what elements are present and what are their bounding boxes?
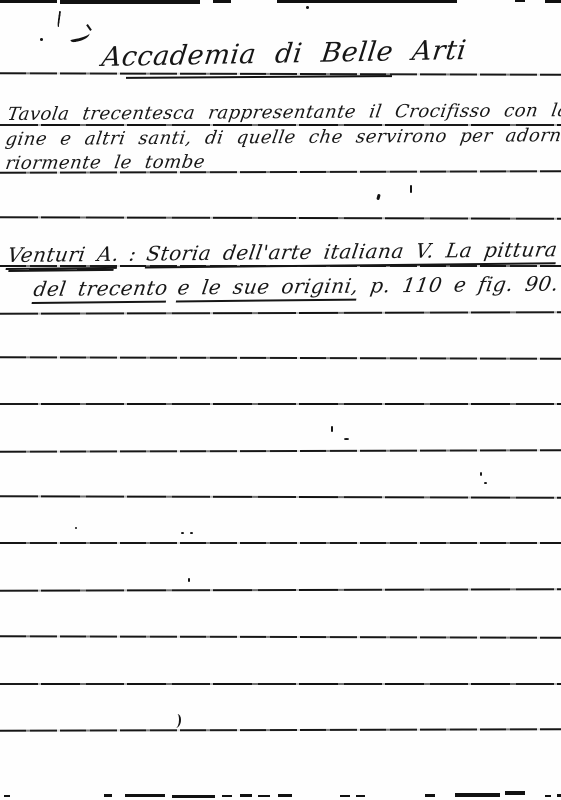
scanned-index-card: Accademia di Belle Arti Tavola trecentes… xyxy=(0,0,561,800)
scan-edge-top xyxy=(60,0,200,4)
title-underline xyxy=(126,75,392,79)
ink-speck xyxy=(40,38,43,41)
scan-edge-bottom xyxy=(240,794,252,797)
ruled-line xyxy=(0,495,561,498)
citation-line: del trecentoe le sue origini, p. 110 e f… xyxy=(32,272,560,301)
ruled-line xyxy=(0,216,561,219)
ruled-line xyxy=(0,542,561,544)
scan-edge-bottom xyxy=(222,795,232,797)
pen-mark xyxy=(57,11,61,27)
ink-speck xyxy=(306,6,309,9)
ink-speck xyxy=(181,532,184,534)
pen-mark xyxy=(172,714,181,728)
scan-edge-bottom xyxy=(340,795,350,797)
scan-edge-top xyxy=(213,0,231,3)
entry-text-line: Tavola trecentesca rappresentante il Cro… xyxy=(6,100,561,125)
citation-title-part3: e le sue origini, xyxy=(176,274,361,303)
scan-edge-bottom xyxy=(278,794,292,797)
ink-speck xyxy=(188,578,190,582)
scan-edge-bottom xyxy=(125,794,165,797)
scan-edge-top xyxy=(277,0,457,3)
scan-edge-bottom xyxy=(356,795,365,797)
ink-speck xyxy=(344,438,349,440)
ruled-line xyxy=(0,683,561,685)
scan-edge-top xyxy=(545,0,561,3)
ruled-line xyxy=(0,311,561,314)
entry-text-line: riormente le tombe xyxy=(4,152,207,174)
scan-edge-bottom xyxy=(557,794,561,797)
ink-speck xyxy=(75,527,77,529)
citation-title-part2: del trecento xyxy=(32,276,170,304)
citation-separator: : xyxy=(128,242,139,266)
citation-title-part1: Storia dell'arte italiana V. La pittura xyxy=(144,237,559,268)
entry-text-line: gine e altri santi, di quelle che servir… xyxy=(4,124,561,150)
citation-author: Venturi A. xyxy=(6,242,122,270)
scan-edge-bottom xyxy=(425,794,435,797)
pen-mark xyxy=(69,31,90,43)
ink-speck xyxy=(190,532,193,534)
citation-line: Venturi A.:Storia dell'arte italiana V. … xyxy=(6,237,559,267)
scan-edge-bottom xyxy=(104,794,112,797)
pen-mark xyxy=(86,24,92,31)
scan-edge-top xyxy=(0,0,57,3)
ruled-line xyxy=(0,356,561,359)
ruled-line xyxy=(0,588,561,591)
scan-edge-bottom xyxy=(4,795,10,797)
scan-edge-bottom xyxy=(258,795,270,797)
ink-speck xyxy=(480,472,482,476)
card-title: Accademia di Belle Arti xyxy=(100,36,435,73)
ink-speck xyxy=(331,426,333,432)
ruled-line xyxy=(0,635,561,638)
scan-edge-bottom xyxy=(455,793,500,797)
scan-edge-bottom xyxy=(172,795,215,798)
scan-edge-bottom xyxy=(505,791,525,795)
scan-edge-bottom xyxy=(545,795,551,797)
ruled-line xyxy=(0,449,561,452)
citation-pages: p. 110 e fig. 90. xyxy=(369,272,561,298)
ruled-line xyxy=(0,728,561,731)
ruled-line xyxy=(0,403,561,405)
scan-edge-top xyxy=(515,0,525,2)
ink-speck xyxy=(376,194,380,201)
ink-speck xyxy=(410,185,412,193)
ink-speck xyxy=(484,482,487,484)
